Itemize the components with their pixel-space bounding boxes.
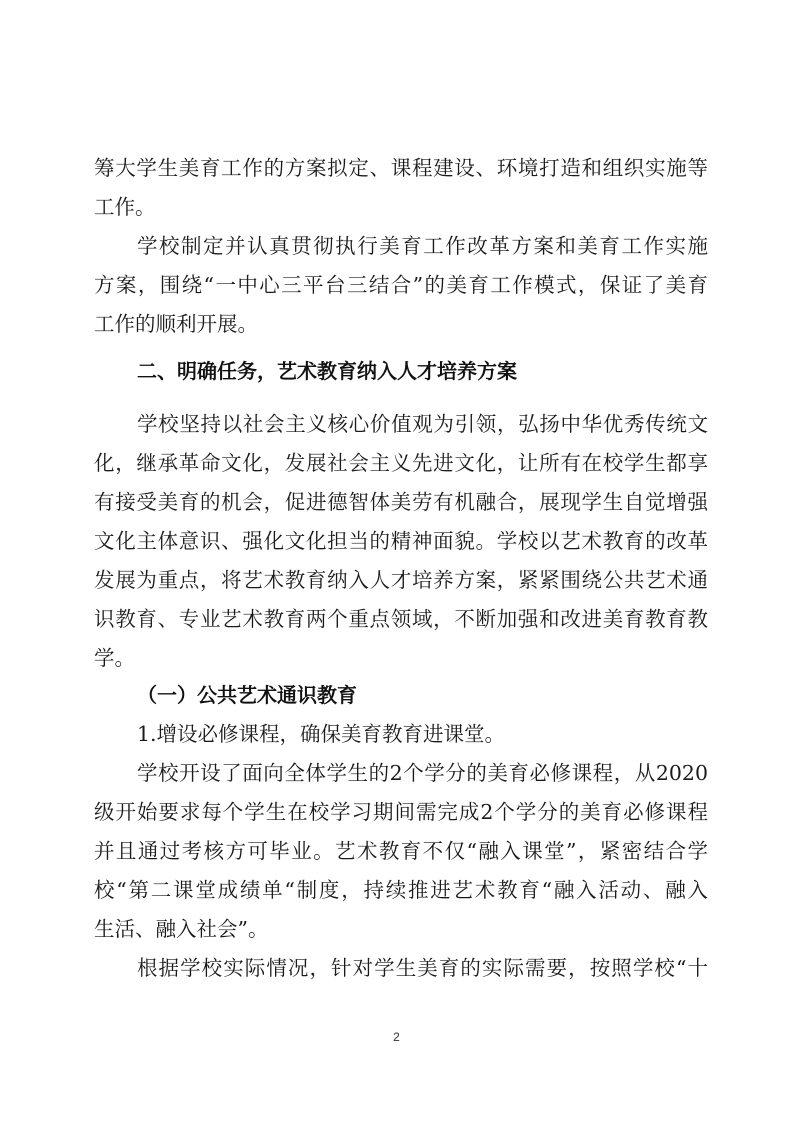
paragraph-line: 文化主体意识、强化文化担当的精神面貌。学校以艺术教育的改革	[94, 528, 708, 554]
paragraph-line: 生活、融入社会”。	[94, 916, 708, 942]
paragraph-line: 识教育、专业艺术教育两个重点领域，不断加强和改进美育教育教	[94, 606, 708, 632]
document-page: 筹大学生美育工作的方案拟定、课程建设、环境打造和组织实施等 工作。 学校制定并认…	[0, 0, 793, 1122]
paragraph-line: 筹大学生美育工作的方案拟定、课程建设、环境打造和组织实施等	[94, 155, 708, 181]
paragraph-line: 学校制定并认真贯彻执行美育工作改革方案和美育工作实施	[137, 233, 708, 259]
subsection-heading: （一）公共艺术通识教育	[137, 682, 357, 708]
section-heading: 二、明确任务，艺术教育纳入人才培养方案	[137, 358, 517, 384]
paragraph-line: 工作的顺利开展。	[94, 311, 708, 337]
paragraph-line: 发展为重点，将艺术教育纳入人才培养方案，紧紧围绕公共艺术通	[94, 567, 708, 593]
paragraph-line: 工作。	[94, 194, 708, 220]
paragraph-line: 有接受美育的机会，促进德智体美劳有机融合，展现学生自觉增强	[94, 489, 708, 515]
paragraph-line: 学校开设了面向全体学生的2个学分的美育必修课程，从2020	[137, 760, 708, 786]
paragraph-line: 学校坚持以社会主义核心价值观为引领，弘扬中华优秀传统文	[137, 411, 708, 437]
paragraph-line: 化，继承革命文化，发展社会主义先进文化，让所有在校学生都享	[94, 450, 708, 476]
page-number: 2	[0, 1030, 793, 1044]
paragraph-line: 根据学校实际情况，针对学生美育的实际需要，按照学校“十	[137, 955, 708, 981]
paragraph-line: 级开始要求每个学生在校学习期间需完成2个学分的美育必修课程	[94, 799, 708, 825]
paragraph-line: 学。	[94, 645, 708, 671]
list-item-heading: 1.增设必修课程，确保美育教育进课堂。	[137, 721, 708, 747]
paragraph-line: 方案，围绕“一中心三平台三结合”的美育工作模式，保证了美育	[94, 272, 708, 298]
paragraph-line: 并且通过考核方可毕业。艺术教育不仅“融入课堂”，紧密结合学	[94, 838, 708, 864]
paragraph-line: 校“第二课堂成绩单“制度，持续推进艺术教育“融入活动、融入	[94, 877, 708, 903]
